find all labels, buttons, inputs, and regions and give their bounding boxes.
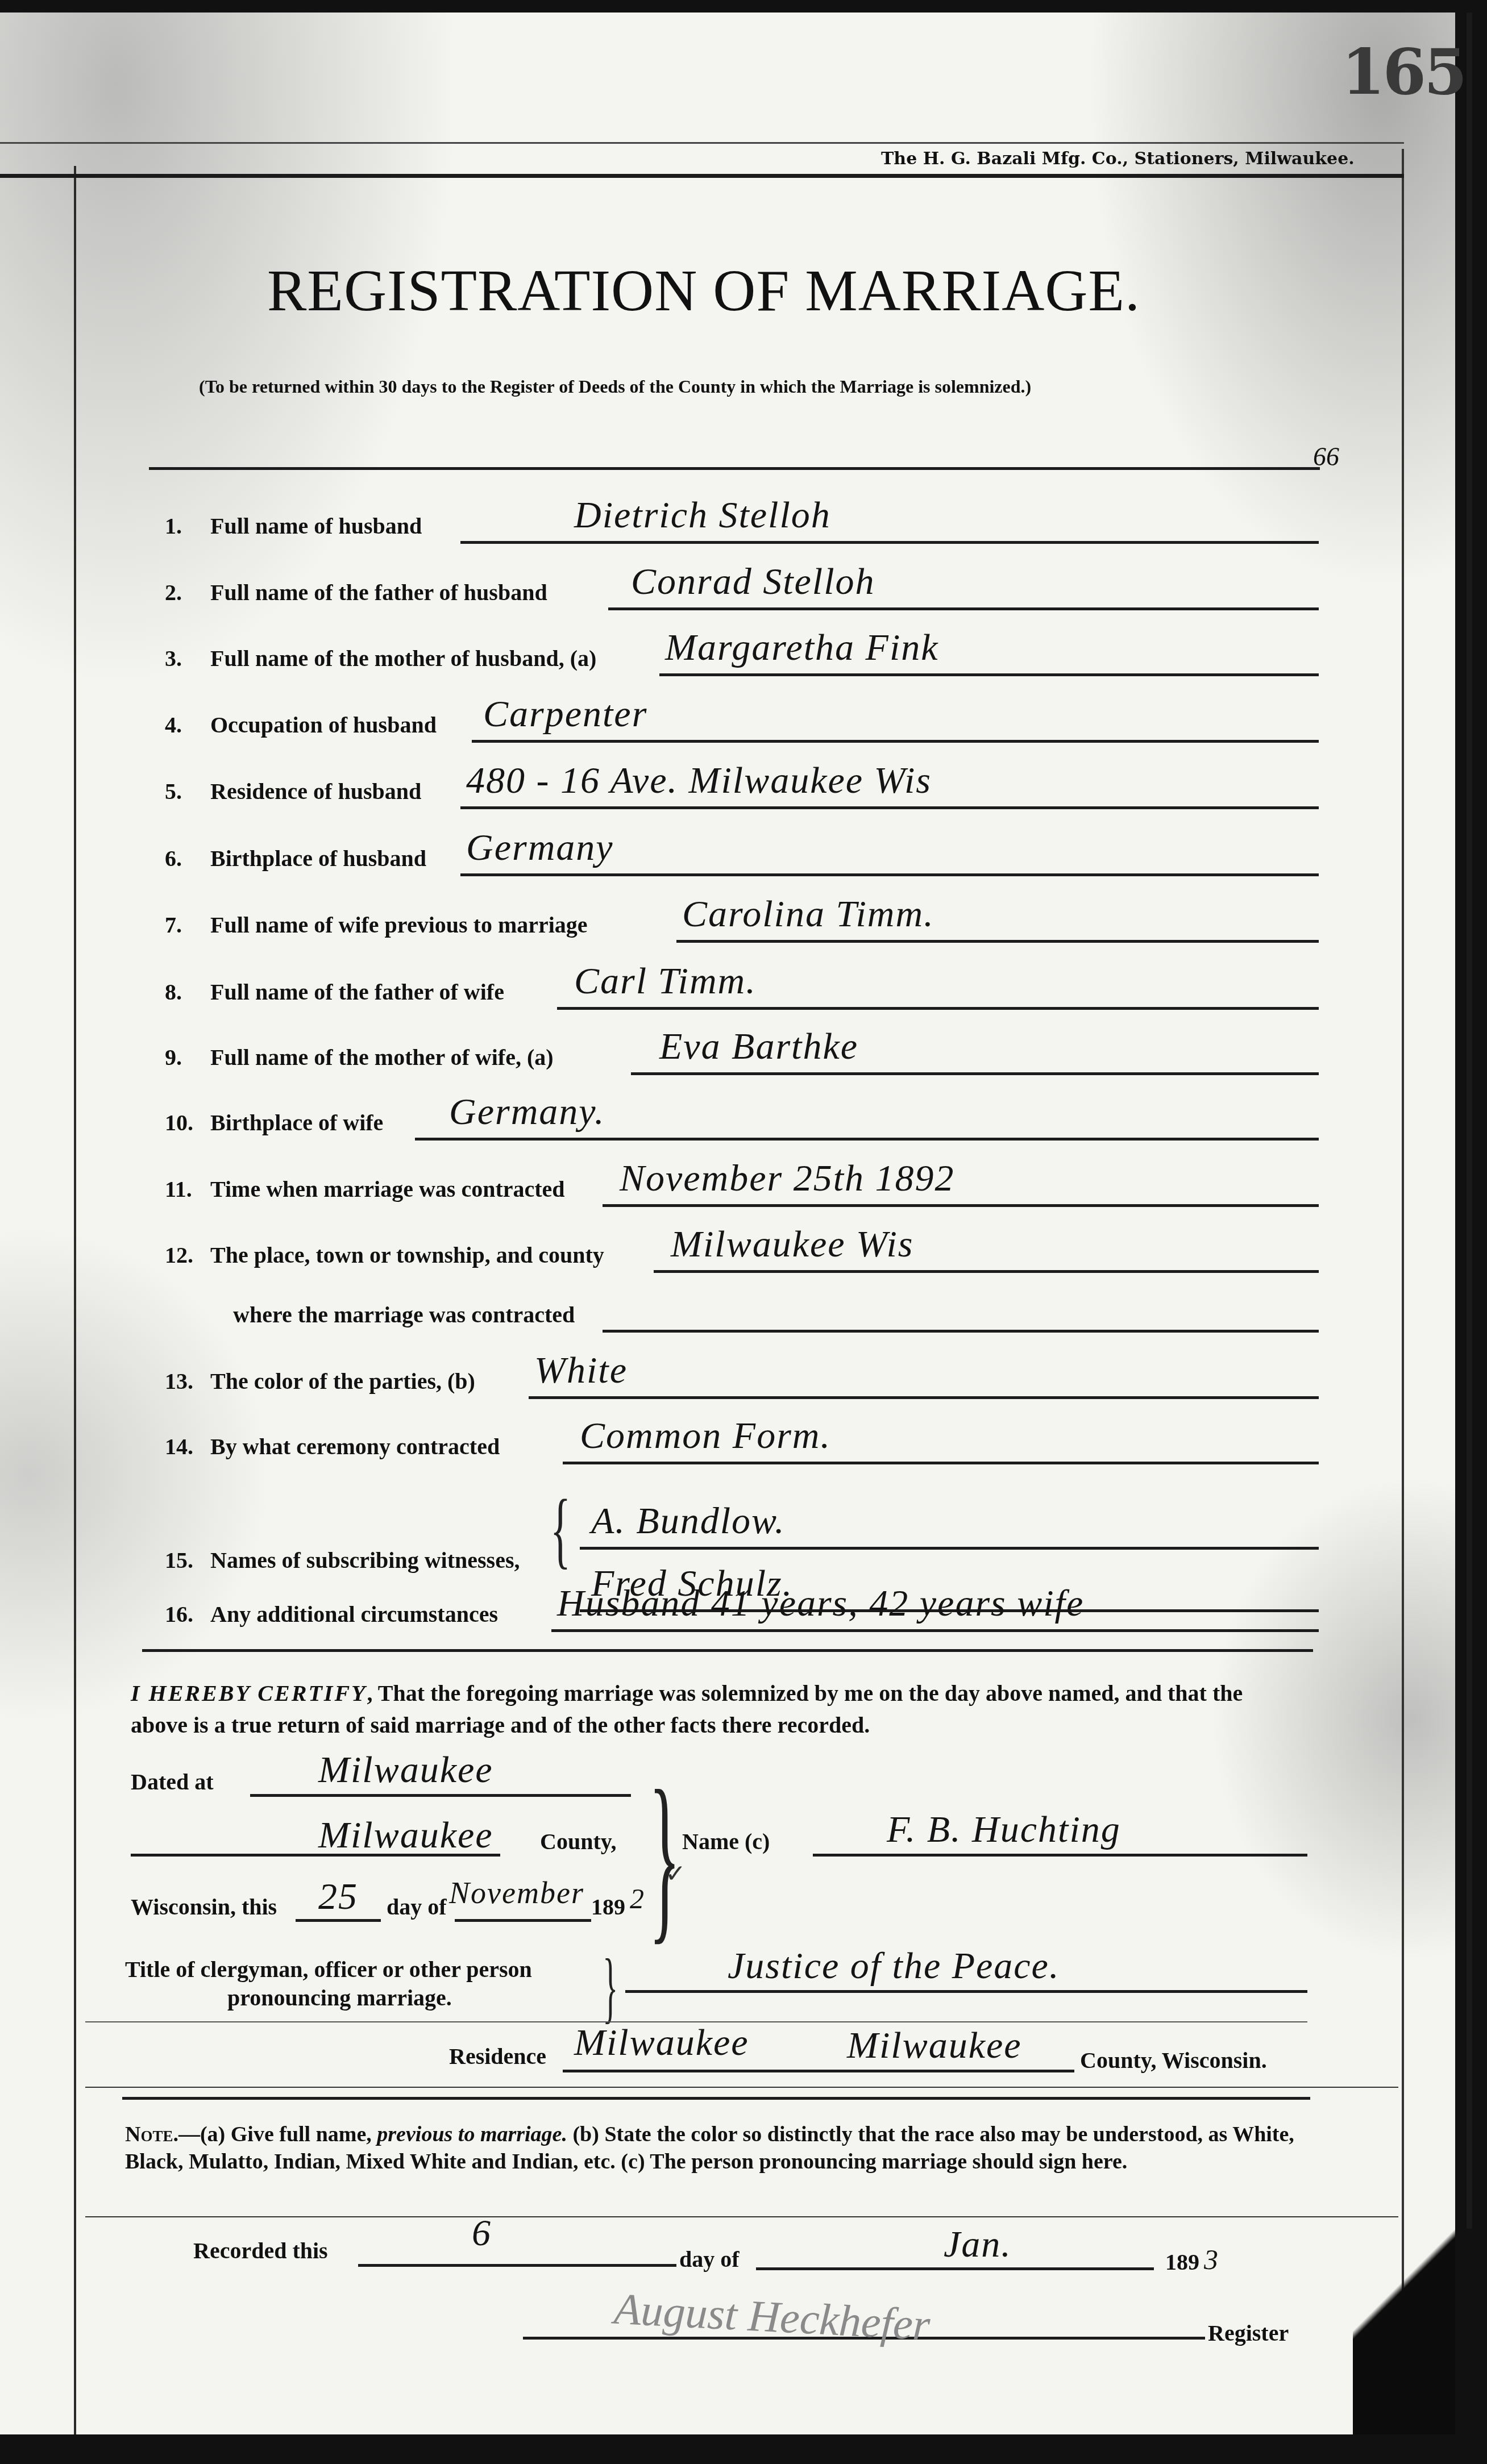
note-a-italic: previous to marriage. bbox=[377, 2122, 567, 2146]
field-number: 16. bbox=[165, 1601, 193, 1628]
field-ceremony: 14. By what ceremony contracted Common F… bbox=[165, 1419, 1319, 1464]
recorded-month-value[interactable]: Jan. bbox=[944, 2223, 1012, 2266]
fill-line bbox=[460, 541, 1319, 544]
fill-line bbox=[608, 607, 1319, 610]
title-line bbox=[625, 1990, 1307, 1993]
month-line bbox=[455, 1919, 591, 1922]
field-number: 15. bbox=[165, 1547, 193, 1574]
field-marriage-place-continued: where the marriage was contracted bbox=[165, 1287, 1319, 1333]
field-wife-birthplace: 10. Birthplace of wife Germany. bbox=[165, 1095, 1319, 1141]
residence-label: Residence bbox=[449, 2043, 546, 2070]
handwritten-value[interactable]: Eva Barthke bbox=[659, 1025, 858, 1068]
handwritten-value[interactable]: Common Form. bbox=[580, 1414, 831, 1458]
recorded-year-prefix: 189 bbox=[1165, 2249, 1199, 2275]
fill-line bbox=[460, 806, 1319, 809]
witness-brace: { bbox=[550, 1487, 571, 1572]
recording-separator bbox=[85, 2216, 1398, 2217]
fill-line bbox=[563, 1462, 1319, 1464]
recorded-year-suffix[interactable]: 3 bbox=[1204, 2243, 1219, 2276]
residence-county-value[interactable]: Milwaukee bbox=[847, 2024, 1022, 2067]
header-double-rule bbox=[0, 174, 1404, 178]
field-label: Birthplace of husband bbox=[210, 845, 426, 872]
field-number: 12. bbox=[165, 1242, 193, 1268]
marriage-registration-document: 165 The H. G. Bazali Mfg. Co., Stationer… bbox=[0, 13, 1455, 2450]
handwritten-value[interactable]: Husband 41 years, 42 years wife bbox=[557, 1582, 1084, 1625]
day-line bbox=[296, 1919, 381, 1922]
officiant-title-value[interactable]: Justice of the Peace. bbox=[728, 1945, 1060, 1988]
field-number: 10. bbox=[165, 1109, 193, 1136]
field-marriage-date: 11. Time when marriage was contracted No… bbox=[165, 1162, 1319, 1207]
title-label-line2: pronouncing marriage. bbox=[227, 1984, 452, 2011]
field-number: 4. bbox=[165, 711, 182, 738]
field-label: Residence of husband bbox=[210, 778, 421, 805]
form-instructions-note: Note.—(a) Give full name, previous to ma… bbox=[125, 2121, 1307, 2175]
header-rule bbox=[0, 142, 1404, 144]
field-wife-maiden-name: 7. Full name of wife previous to marriag… bbox=[165, 897, 1319, 943]
field-label: Time when marriage was contracted bbox=[210, 1176, 565, 1202]
field-wife-father-name: 8. Full name of the father of wife Carl … bbox=[165, 964, 1319, 1010]
field-label: Occupation of husband bbox=[210, 711, 437, 738]
handwritten-value[interactable]: Germany. bbox=[449, 1091, 605, 1134]
dated-at-line bbox=[250, 1794, 631, 1797]
field-number: 3. bbox=[165, 645, 182, 672]
page-number: 165 bbox=[1341, 35, 1465, 109]
document-subtitle: (To be returned within 30 days to the Re… bbox=[199, 376, 1031, 397]
dated-at-label: Dated at bbox=[131, 1768, 214, 1795]
field-number: 2. bbox=[165, 579, 182, 606]
field-number: 13. bbox=[165, 1368, 193, 1395]
handwritten-value[interactable]: Margaretha Fink bbox=[665, 626, 939, 669]
title-label-line1: Title of clergyman, officer or other per… bbox=[125, 1956, 532, 1983]
field-wife-mother-name: 9. Full name of the mother of wife, (a) … bbox=[165, 1030, 1319, 1075]
field-label: The place, town or township, and county bbox=[210, 1242, 604, 1268]
recorded-day-of-label: day of bbox=[679, 2246, 740, 2272]
bottom-edge-shadow bbox=[0, 2434, 1455, 2450]
witness-1-value[interactable]: A. Bundlow. bbox=[591, 1500, 786, 1543]
officiant-name-value[interactable]: F. B. Huchting bbox=[887, 1808, 1121, 1851]
recorded-day-line bbox=[358, 2264, 676, 2267]
field-label: Full name of the mother of wife, (a) bbox=[210, 1044, 554, 1071]
day-value[interactable]: 25 bbox=[318, 1875, 358, 1918]
field-number: 7. bbox=[165, 911, 182, 938]
field-label: Full name of wife previous to marriage bbox=[210, 911, 588, 938]
field-number: 14. bbox=[165, 1433, 193, 1460]
stationer-imprint: The H. G. Bazali Mfg. Co., Stationers, M… bbox=[881, 149, 1355, 169]
note-prefix: Note. bbox=[125, 2122, 178, 2146]
residence-line bbox=[563, 2070, 1074, 2072]
field-label: Full name of the father of wife bbox=[210, 979, 504, 1005]
county-value[interactable]: Milwaukee bbox=[318, 1814, 493, 1857]
record-number: 66 bbox=[1313, 442, 1339, 472]
field-marriage-place: 12. The place, town or township, and cou… bbox=[165, 1227, 1319, 1273]
right-margin-rule bbox=[1402, 149, 1404, 2422]
recorded-month-line bbox=[756, 2267, 1154, 2270]
handwritten-value[interactable]: Carpenter bbox=[483, 693, 647, 736]
fill-line bbox=[557, 1007, 1319, 1010]
field-label: Full name of the mother of husband, (a) bbox=[210, 645, 596, 672]
note-a-text: —(a) Give full name, bbox=[178, 2122, 377, 2146]
field-label: Full name of the father of husband bbox=[210, 579, 547, 606]
day-of-label: day of bbox=[387, 1893, 447, 1920]
year-suffix[interactable]: 2 bbox=[630, 1882, 645, 1915]
recorded-day-value[interactable]: 6 bbox=[472, 2212, 492, 2255]
field-number: 11. bbox=[165, 1176, 192, 1202]
page-fold-shadow bbox=[1353, 2109, 1455, 2450]
note-separator-thin bbox=[85, 2087, 1398, 2088]
field-number: 8. bbox=[165, 979, 182, 1005]
fill-line-witness-1 bbox=[580, 1547, 1319, 1550]
fill-line bbox=[603, 1204, 1319, 1207]
fill-line bbox=[460, 873, 1319, 876]
field-label: Any additional circumstances bbox=[210, 1601, 498, 1628]
field-color-of-parties: 13. The color of the parties, (b) White bbox=[165, 1354, 1319, 1399]
left-margin-rule bbox=[74, 166, 76, 2445]
residence-city-value[interactable]: Milwaukee bbox=[574, 2021, 749, 2065]
field-number: 1. bbox=[165, 513, 182, 539]
handwritten-value[interactable]: White bbox=[534, 1349, 628, 1392]
field-label: By what ceremony contracted bbox=[210, 1433, 500, 1460]
name-label: Name (c) bbox=[682, 1828, 770, 1855]
field-number: 9. bbox=[165, 1044, 182, 1071]
fill-line bbox=[676, 940, 1319, 943]
certification-text: I HEREBY CERTIFY, That the foregoing mar… bbox=[131, 1678, 1302, 1741]
fill-line bbox=[415, 1138, 1319, 1141]
register-label: Register bbox=[1208, 2320, 1289, 2346]
fill-line bbox=[472, 740, 1319, 743]
fill-line bbox=[603, 1330, 1319, 1333]
field-husband-residence: 5. Residence of husband 480 - 16 Ave. Mi… bbox=[165, 764, 1319, 809]
field-number: 6. bbox=[165, 845, 182, 872]
handwritten-value[interactable]: Dietrich Stelloh bbox=[574, 494, 831, 537]
field-husband-birthplace: 6. Birthplace of husband Germany bbox=[165, 831, 1319, 876]
month-value[interactable]: November bbox=[449, 1875, 584, 1911]
handwritten-value[interactable]: Carl Timm. bbox=[574, 960, 757, 1003]
field-additional-circumstances: 16. Any additional circumstances Husband… bbox=[165, 1587, 1319, 1632]
residence-suffix: County, Wisconsin. bbox=[1080, 2047, 1267, 2074]
recorded-this-label: Recorded this bbox=[193, 2237, 328, 2264]
title-separator bbox=[149, 467, 1320, 470]
field-husband-name: 1. Full name of husband Dietrich Stelloh bbox=[165, 498, 1319, 544]
field-label: Full name of husband bbox=[210, 513, 422, 539]
handwritten-value[interactable]: November 25th 1892 bbox=[620, 1157, 955, 1200]
field-number: 5. bbox=[165, 778, 182, 805]
field-husband-father-name: 2. Full name of the father of husband Co… bbox=[165, 565, 1319, 610]
handwritten-value[interactable]: Germany bbox=[466, 826, 614, 869]
dated-brace: } bbox=[649, 1763, 680, 1950]
document-title: REGISTRATION OF MARRIAGE. bbox=[267, 257, 1140, 324]
certification-lead: I HEREBY CERTIFY bbox=[131, 1680, 367, 1706]
fill-line bbox=[654, 1270, 1319, 1273]
section-separator bbox=[142, 1649, 1313, 1652]
field-label: Birthplace of wife bbox=[210, 1109, 383, 1136]
fill-line bbox=[529, 1396, 1319, 1399]
fill-line bbox=[551, 1629, 1319, 1632]
field-label: where the marriage was contracted bbox=[233, 1301, 575, 1328]
handwritten-value[interactable]: Milwaukee Wis bbox=[671, 1223, 913, 1266]
fill-line bbox=[631, 1072, 1319, 1075]
year-prefix: 189 bbox=[591, 1893, 625, 1920]
field-label: Names of subscribing witnesses, bbox=[210, 1547, 520, 1574]
title-brace: } bbox=[603, 1947, 618, 2027]
check-mark-icon: ✓ bbox=[665, 1859, 686, 1888]
handwritten-value[interactable]: 480 - 16 Ave. Milwaukee Wis bbox=[466, 759, 932, 802]
handwritten-value[interactable]: Conrad Stelloh bbox=[631, 560, 875, 603]
binding-edge bbox=[1467, 13, 1472, 2229]
field-husband-occupation: 4. Occupation of husband Carpenter bbox=[165, 697, 1319, 743]
register-signature[interactable]: August Heckhefer bbox=[613, 2283, 932, 2350]
handwritten-value[interactable]: Carolina Timm. bbox=[682, 893, 934, 936]
wisconsin-this-label: Wisconsin, this bbox=[131, 1893, 277, 1920]
note-separator bbox=[122, 2097, 1310, 2100]
name-line bbox=[813, 1854, 1307, 1857]
dated-at-value[interactable]: Milwaukee bbox=[318, 1749, 493, 1792]
county-label: County, bbox=[540, 1828, 617, 1855]
field-label: The color of the parties, (b) bbox=[210, 1368, 475, 1395]
fill-line bbox=[659, 673, 1319, 676]
field-husband-mother-name: 3. Full name of the mother of husband, (… bbox=[165, 631, 1319, 676]
